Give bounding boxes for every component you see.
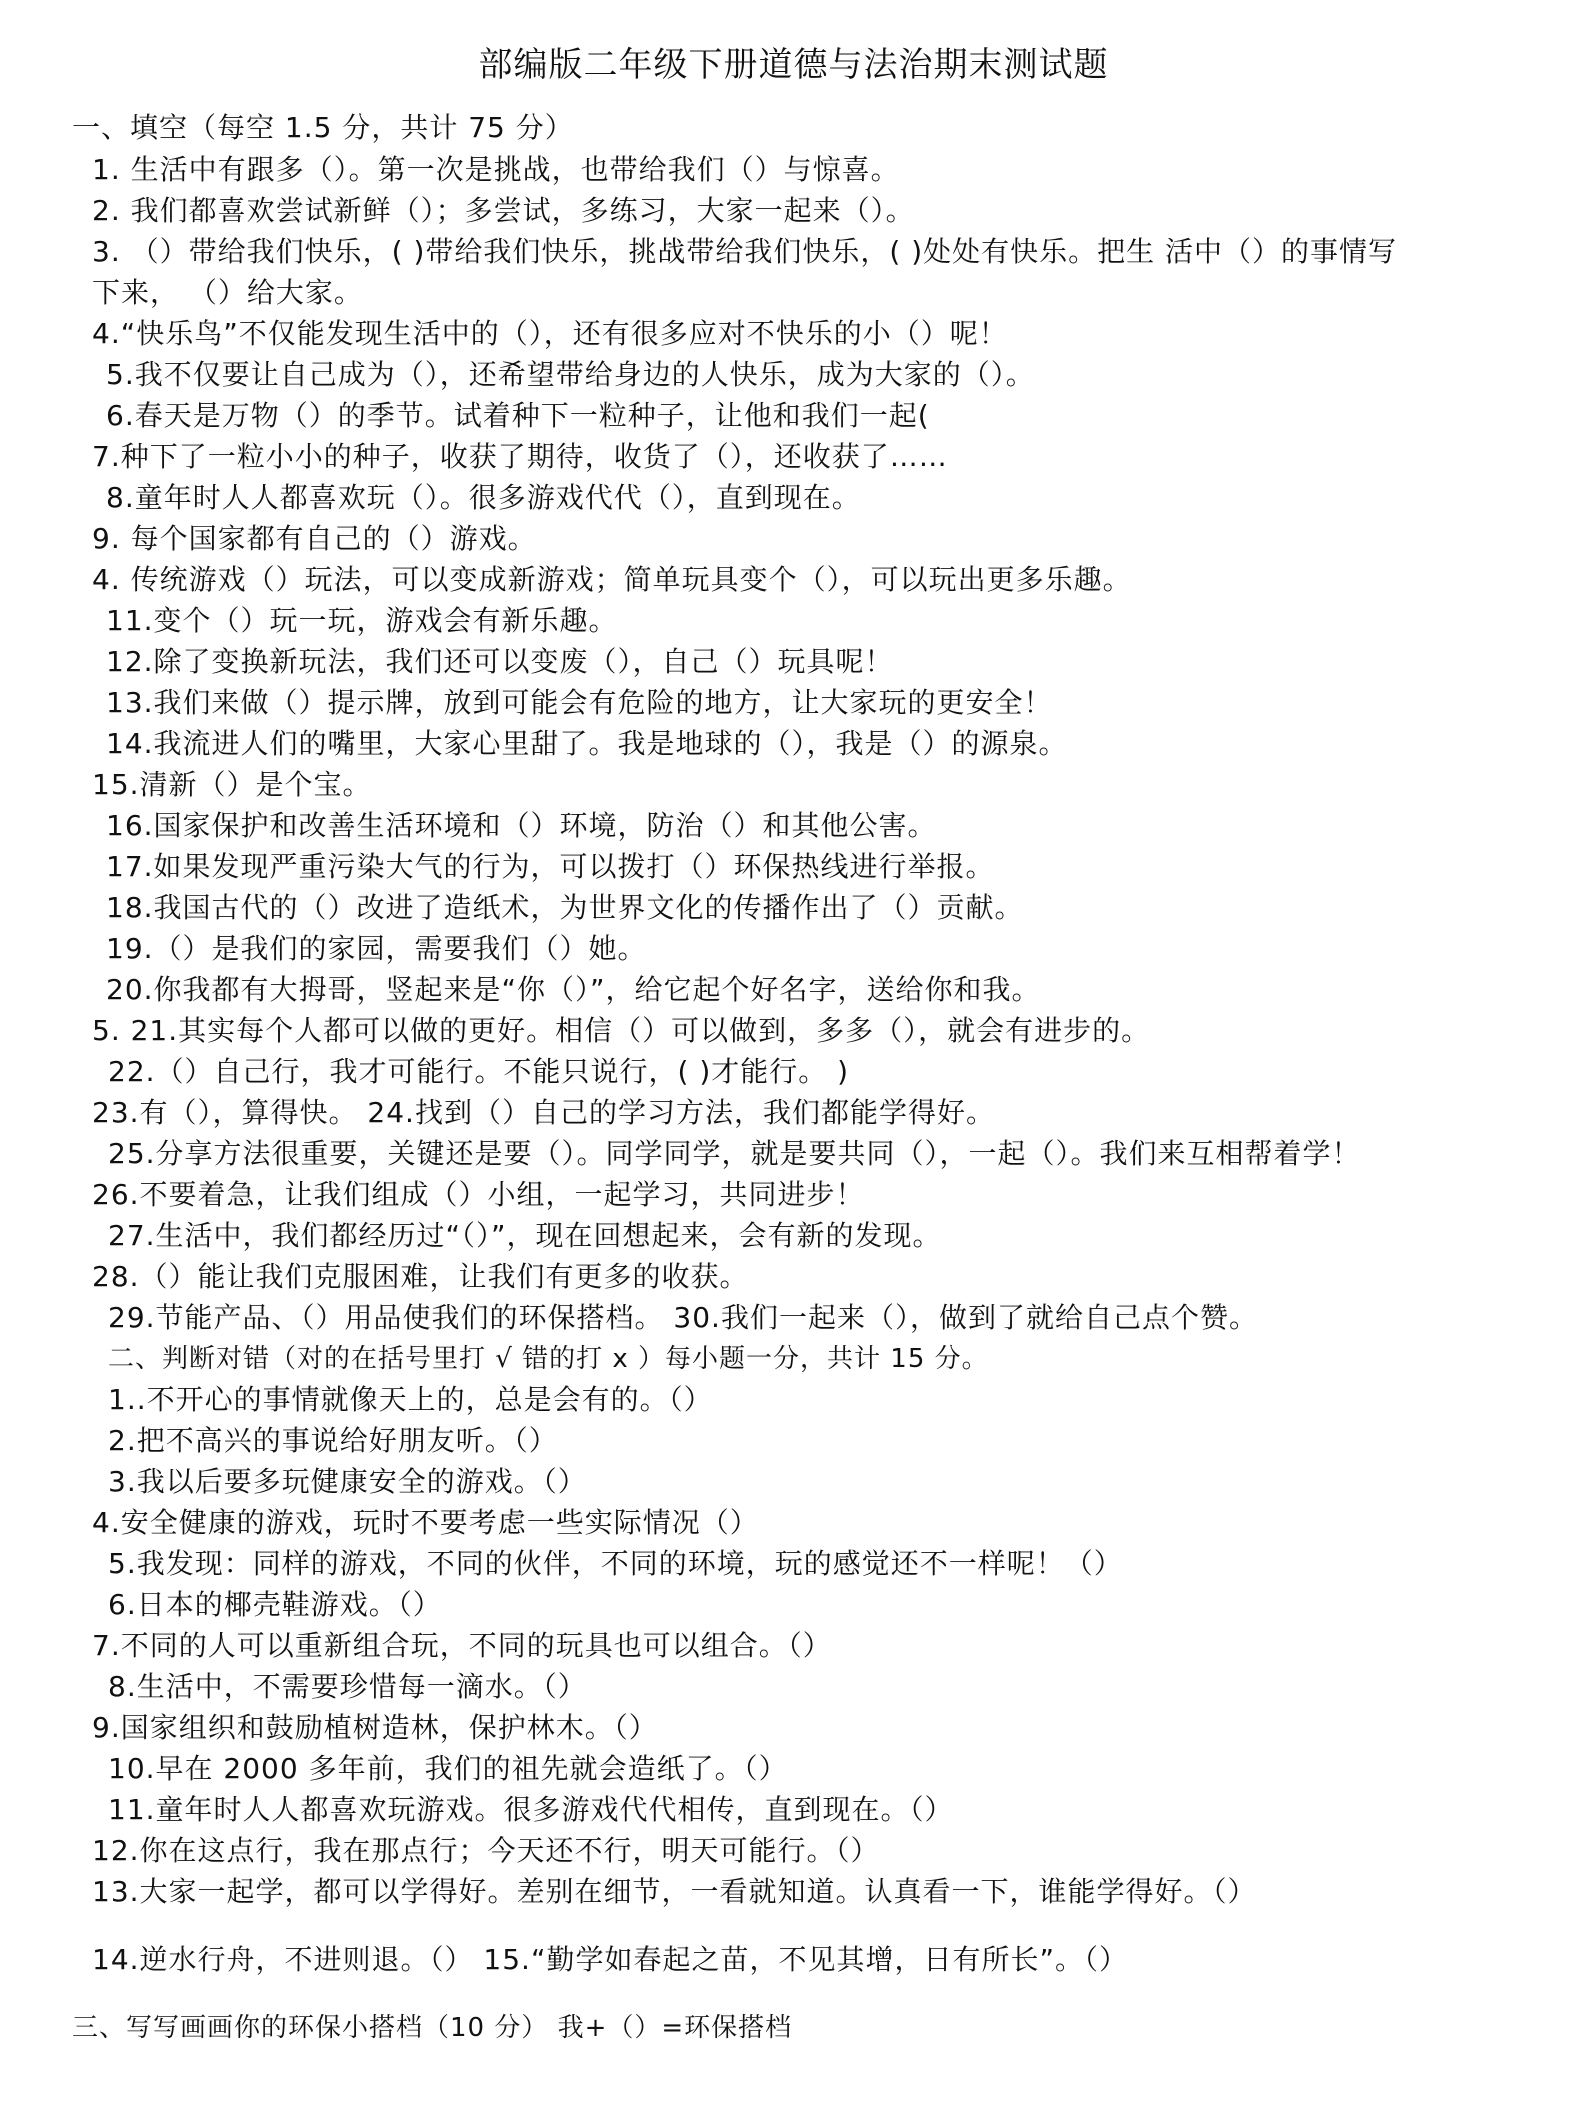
fill-blank-item: 17.如果发现严重污染大气的行为，可以拨打（）环保热线进行举报。 <box>106 847 995 887</box>
true-false-item: 7.不同的人可以重新组合玩，不同的玩具也可以组合。（） <box>92 1626 832 1666</box>
fill-blank-item: 4. 传统游戏（）玩法，可以变成新游戏；简单玩具变个（），可以玩出更多乐趣。 <box>92 560 1132 600</box>
fill-blank-item: 3. （）带给我们快乐，( )带给我们快乐，挑战带给我们快乐，( )处处有快乐。… <box>92 232 1397 272</box>
fill-blank-item: 4.“快乐鸟”不仅能发现生活中的（），还有很多应对不快乐的小（）呢！ <box>92 314 1008 354</box>
fill-blank-item: 14.我流进人们的嘴里，大家心里甜了。我是地球的（），我是（）的源泉。 <box>106 724 1068 764</box>
fill-blank-item: 20.你我都有大拇哥，竖起来是“你（）”，给它起个好名字，送给你和我。 <box>106 970 1041 1010</box>
fill-blank-item: 19.（）是我们的家园，需要我们（）她。 <box>106 929 647 969</box>
fill-blank-item: 12.除了变换新玩法，我们还可以变废（），自己（）玩具呢！ <box>106 642 894 682</box>
true-false-item: 10.早在 2000 多年前，我们的祖先就会造纸了。（） <box>108 1749 788 1789</box>
section-3-heading: 三、写写画画你的环保小搭档（10 分） 我+（）=环保搭档 <box>72 2008 792 2048</box>
true-false-item: 4.安全健康的游戏，玩时不要考虑一些实际情况（） <box>92 1503 759 1543</box>
fill-blank-item: 5.我不仅要让自己成为（），还希望带给身边的人快乐，成为大家的（）。 <box>106 355 1035 395</box>
true-false-item: 3.我以后要多玩健康安全的游戏。（） <box>108 1462 587 1502</box>
fill-blank-item: 6.春天是万物（）的季节。试着种下一粒种子，让他和我们一起( <box>106 396 930 436</box>
fill-blank-item: 7.种下了一粒小小的种子，收获了期待，收货了（），还收获了…… <box>92 437 948 477</box>
true-false-item: 5.我发现：同样的游戏，不同的伙伴，不同的环境，玩的感觉还不一样呢！（） <box>108 1544 1123 1584</box>
true-false-item: 6.日本的椰壳鞋游戏。（） <box>108 1585 442 1625</box>
true-false-item: 9.国家组织和鼓励植树造林，保护林木。（） <box>92 1708 658 1748</box>
fill-blank-item: 1. 生活中有跟多（）。第一次是挑战，也带给我们（）与惊喜。 <box>92 150 900 190</box>
fill-blank-item: 28.（）能让我们克服困难，让我们有更多的收获。 <box>92 1257 749 1297</box>
section-2-heading: 二、判断对错（对的在括号里打 √ 错的打 x ）每小题一分，共计 15 分。 <box>108 1339 989 1379</box>
true-false-item: 13.大家一起学，都可以学得好。差别在细节，一看就知道。认真看一下，谁能学得好。… <box>92 1872 1257 1912</box>
exam-page: 部编版二年级下册道德与法治期末测试题 一、填空（每空 1.5 分，共计 75 分… <box>0 0 1587 2104</box>
fill-blank-item: 5. 21.其实每个人都可以做的更好。相信（）可以做到，多多（），就会有进步的。 <box>92 1011 1150 1051</box>
fill-blank-item: 13.我们来做（）提示牌，放到可能会有危险的地方，让大家玩的更安全！ <box>106 683 1053 723</box>
fill-blank-item: 15.清新（）是个宝。 <box>92 765 372 805</box>
fill-blank-item: 16.国家保护和改善生活环境和（）环境，防治（）和其他公害。 <box>106 806 937 846</box>
fill-blank-item: 11.变个（）玩一玩，游戏会有新乐趣。 <box>106 601 618 641</box>
fill-blank-item: 2. 我们都喜欢尝试新鲜（）；多尝试，多练习，大家一起来（）。 <box>92 191 915 231</box>
fill-blank-item: 22.（）自己行，我才可能行。不能只说行，( )才能行。 ) <box>108 1052 849 1092</box>
fill-blank-item: 29.节能产品、（）用品使我们的环保搭档。 30.我们一起来（），做到了就给自己… <box>108 1298 1258 1338</box>
true-false-item: 12.你在这点行，我在那点行；今天还不行，明天可能行。（） <box>92 1831 880 1871</box>
true-false-item: 8.生活中，不需要珍惜每一滴水。（） <box>108 1667 587 1707</box>
fill-blank-item: 9. 每个国家都有自己的（）游戏。 <box>92 519 537 559</box>
section-1-heading: 一、填空（每空 1.5 分，共计 75 分） <box>72 108 574 148</box>
true-false-item: 2.把不高兴的事说给好朋友听。（） <box>108 1421 558 1461</box>
document-title: 部编版二年级下册道德与法治期末测试题 <box>0 40 1587 90</box>
true-false-item: 11.童年时人人都喜欢玩游戏。很多游戏代代相传，直到现在。（） <box>108 1790 954 1830</box>
true-false-item: 14.逆水行舟，不进则退。（） 15.“勤学如春起之苗，不见其增，日有所长”。（… <box>92 1940 1128 1980</box>
fill-blank-item: 8.童年时人人都喜欢玩（）。很多游戏代代（），直到现在。 <box>106 478 861 518</box>
fill-blank-item: 27.生活中，我们都经历过“（）”，现在回想起来，会有新的发现。 <box>108 1216 942 1256</box>
true-false-item: 1..不开心的事情就像天上的，总是会有的。（） <box>108 1380 713 1420</box>
fill-blank-item-continuation: 下来， （）给大家。 <box>92 273 363 313</box>
fill-blank-item: 18.我国古代的（）改进了造纸术，为世界文化的传播作出了（）贡献。 <box>106 888 1024 928</box>
fill-blank-item: 25.分享方法很重要，关键还是要（）。同学同学，就是要共同（），一起（）。我们来… <box>108 1134 1361 1174</box>
fill-blank-item: 26.不要着急，让我们组成（）小组，一起学习，共同进步！ <box>92 1175 865 1215</box>
fill-blank-item: 23.有（），算得快。 24.找到（）自己的学习方法，我们都能学得好。 <box>92 1093 995 1133</box>
